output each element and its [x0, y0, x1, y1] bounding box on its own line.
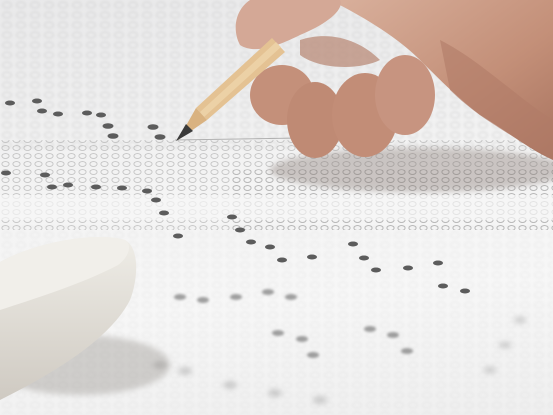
answer-sheet-illustration: [0, 0, 553, 415]
photo-scene: [0, 0, 553, 415]
